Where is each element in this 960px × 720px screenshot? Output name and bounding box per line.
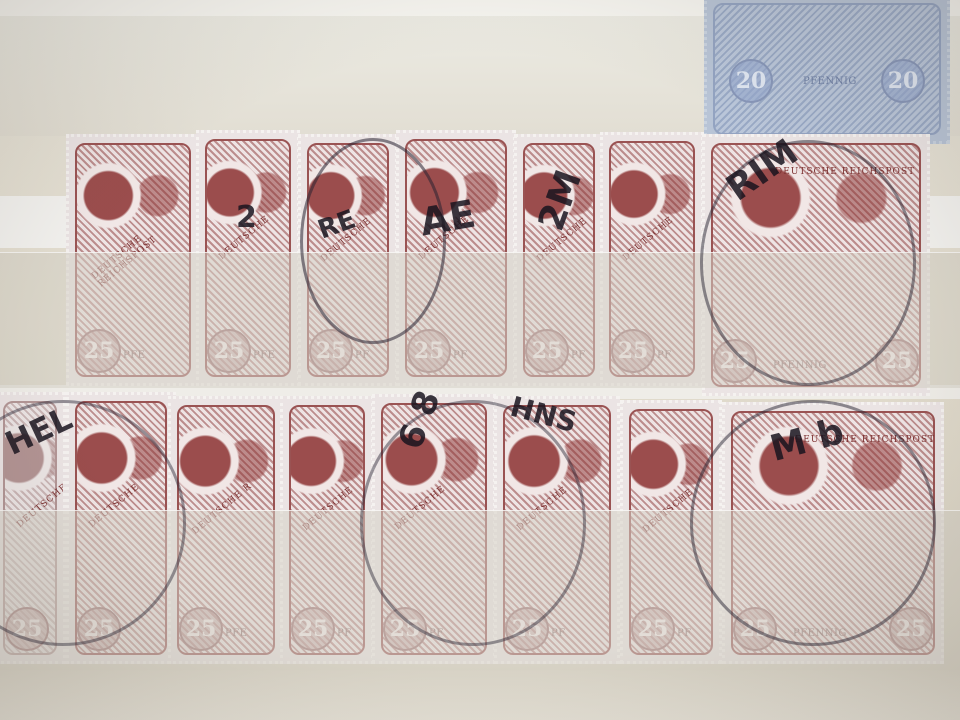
stamp-inscription: DEUTSCHE REICHSPOST — [775, 167, 915, 177]
stamp-inscription: DEUTSCHE REICHSPOST — [795, 435, 935, 445]
glassine-strip — [0, 510, 960, 671]
stamp-value: 20 — [881, 59, 925, 103]
stamp-value: 20 — [729, 59, 773, 103]
stamp-blue-20-pfennig: 20 20 PFENNIG — [704, 0, 950, 144]
glassine-strip — [0, 252, 960, 388]
stamp-denomination: PFENNIG — [803, 76, 857, 87]
stockbook-page: 20 20 PFENNIG DEUTSCHE REICHSPOST 25 PFE… — [0, 0, 960, 720]
paper-strip — [0, 670, 960, 720]
